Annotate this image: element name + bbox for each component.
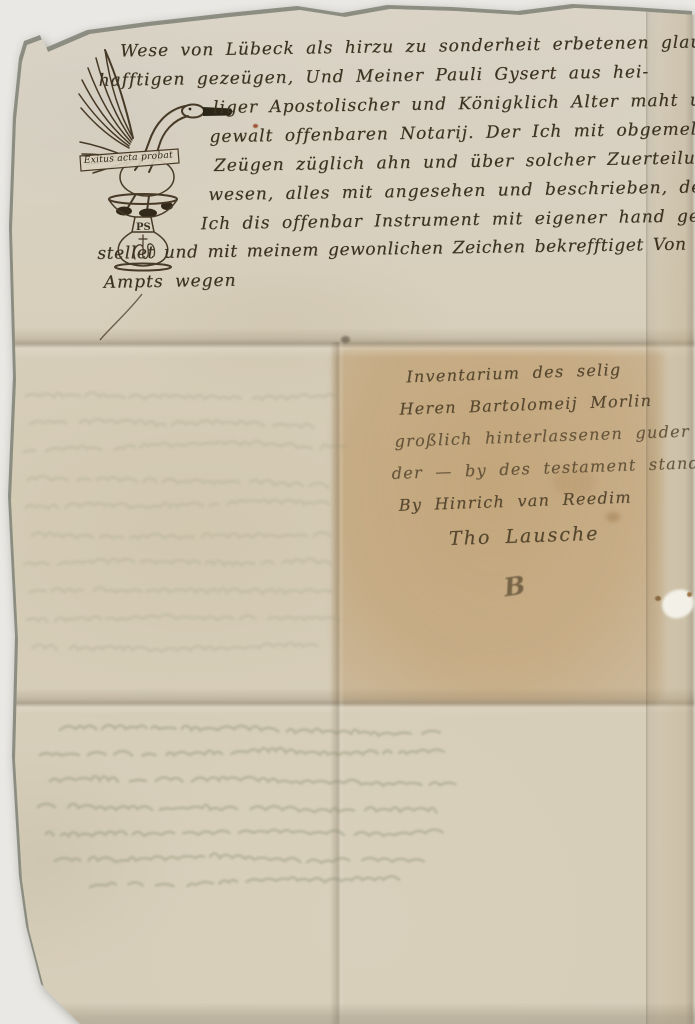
text-line: wesen, alles mit angesehen und beschrieb… (208, 177, 695, 205)
docket-line: der — by des testament stand (391, 453, 695, 483)
docket-signature: Tho Lausche (449, 523, 600, 550)
vertical-fold-crease (330, 342, 344, 1024)
ghost-line (38, 804, 447, 813)
ghost-line (33, 643, 318, 651)
monogram-b: B (502, 571, 527, 603)
docket-line: Heren Bartolomeij Morlin (399, 391, 652, 419)
docket-line: großlich hinterlassenen guder in (394, 420, 695, 450)
bottom-edge-shadow (0, 1002, 695, 1024)
ghost-line (27, 615, 338, 622)
ghost-line (28, 476, 328, 487)
scan-background: Exitus acta probat PS Wese von Lübeck al… (0, 0, 695, 1024)
ghost-line (50, 776, 455, 786)
damage-spot (687, 592, 692, 597)
ghost-line (32, 532, 330, 538)
ghost-line (30, 419, 326, 428)
ghost-line (60, 725, 440, 735)
text-line: Zeügen züglich ahn und über solcher Zuer… (214, 147, 695, 176)
docket-block: Inventarium des selig Heren Bartolomeij … (388, 358, 685, 578)
paper-wrapper: Exitus acta probat PS Wese von Lübeck al… (0, 0, 695, 1024)
ghost-line (25, 559, 331, 565)
ghost-line (24, 441, 355, 452)
docket-line: Inventarium des selig (406, 360, 622, 386)
text-line: hafftigen gezeügen, Und Meiner Pauli Gys… (98, 62, 649, 91)
ghost-line (46, 830, 442, 836)
damage-spot (655, 596, 661, 601)
manuscript-page: Exitus acta probat PS Wese von Lübeck al… (0, 0, 695, 1024)
text-line: Ich dis offenbar Instrument mit eigener … (201, 206, 695, 234)
ghost-line (90, 876, 399, 887)
docket-line: By Hinrich van Reedim (398, 488, 632, 515)
ghost-line (40, 748, 444, 756)
crease-speck (341, 336, 350, 343)
notarial-text-block: Wese von Lübeck als hirzu zu sonderheit … (88, 33, 682, 312)
ghost-line (26, 393, 334, 400)
text-line: gewalt offenbaren Notarij. Der Ich mit o… (209, 119, 695, 147)
text-line: stellet und mit meinem gewonlichen Zeich… (97, 235, 687, 264)
ghost-line (55, 853, 424, 862)
text-line: Ampts wegen (104, 271, 237, 293)
text-line: liger Apostolischer und Königklich Alter… (213, 90, 695, 118)
ghost-line (30, 588, 331, 594)
paper-damage-notch (659, 587, 695, 621)
ghost-line (26, 500, 329, 509)
horizontal-fold-crease-lower (0, 688, 695, 714)
text-line: Wese von Lübeck als hirzu zu sonderheit … (120, 32, 695, 61)
